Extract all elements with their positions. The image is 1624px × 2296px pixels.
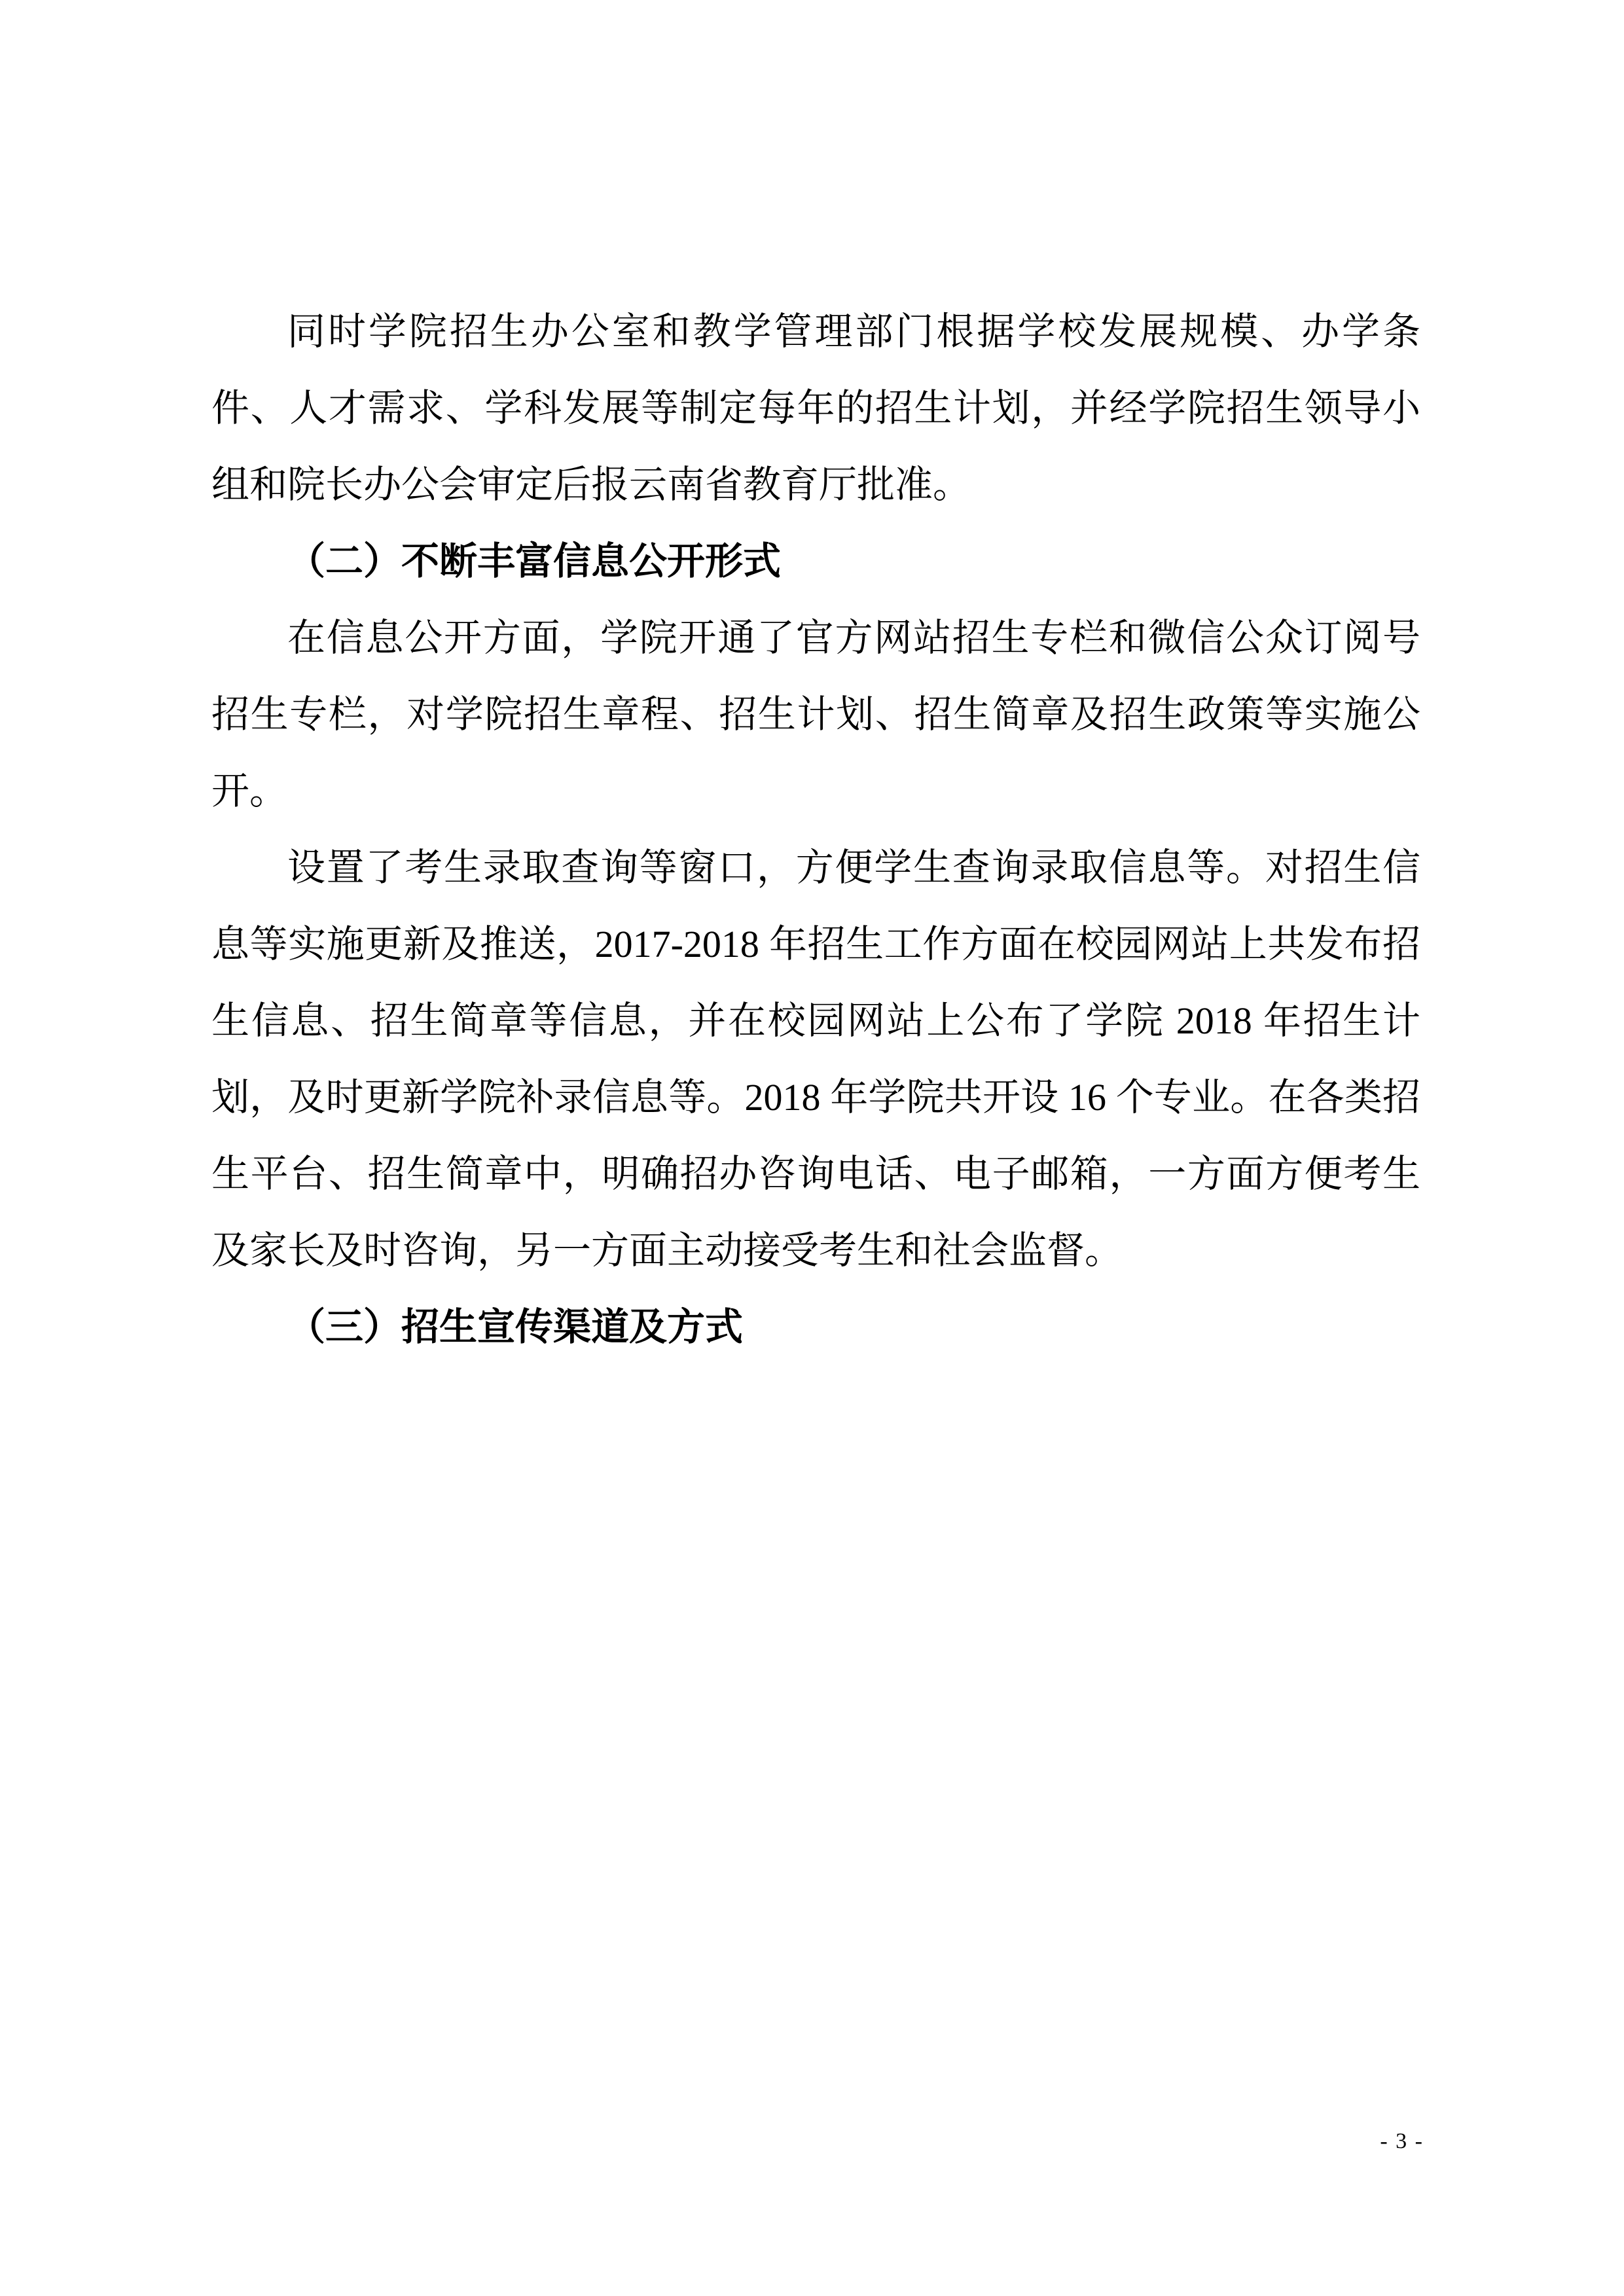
heading-section-2-info-disclosure: （二）不断丰富信息公开形式 [211,523,1420,600]
document-page: 同时学院招生办公室和教学管理部门根据学校发展规模、办学条件、人才需求、学科发展等… [0,0,1624,2296]
paragraph-admission-query-and-updates: 设置了考生录取查询等窗口，方便学生查询录取信息等。对招生信息等实施更新及推送，2… [211,829,1420,1289]
paragraph-enrollment-plan: 同时学院招生办公室和教学管理部门根据学校发展规模、办学条件、人才需求、学科发展等… [211,293,1420,523]
paragraph-info-disclosure-channels: 在信息公开方面，学院开通了官方网站招生专栏和微信公众订阅号招生专栏，对学院招生章… [211,600,1420,829]
document-body: 同时学院招生办公室和教学管理部门根据学校发展规模、办学条件、人才需求、学科发展等… [211,293,1420,1365]
page-number: - 3 - [1380,2128,1424,2155]
heading-section-3-promotion-channels: （三）招生宣传渠道及方式 [211,1289,1420,1365]
